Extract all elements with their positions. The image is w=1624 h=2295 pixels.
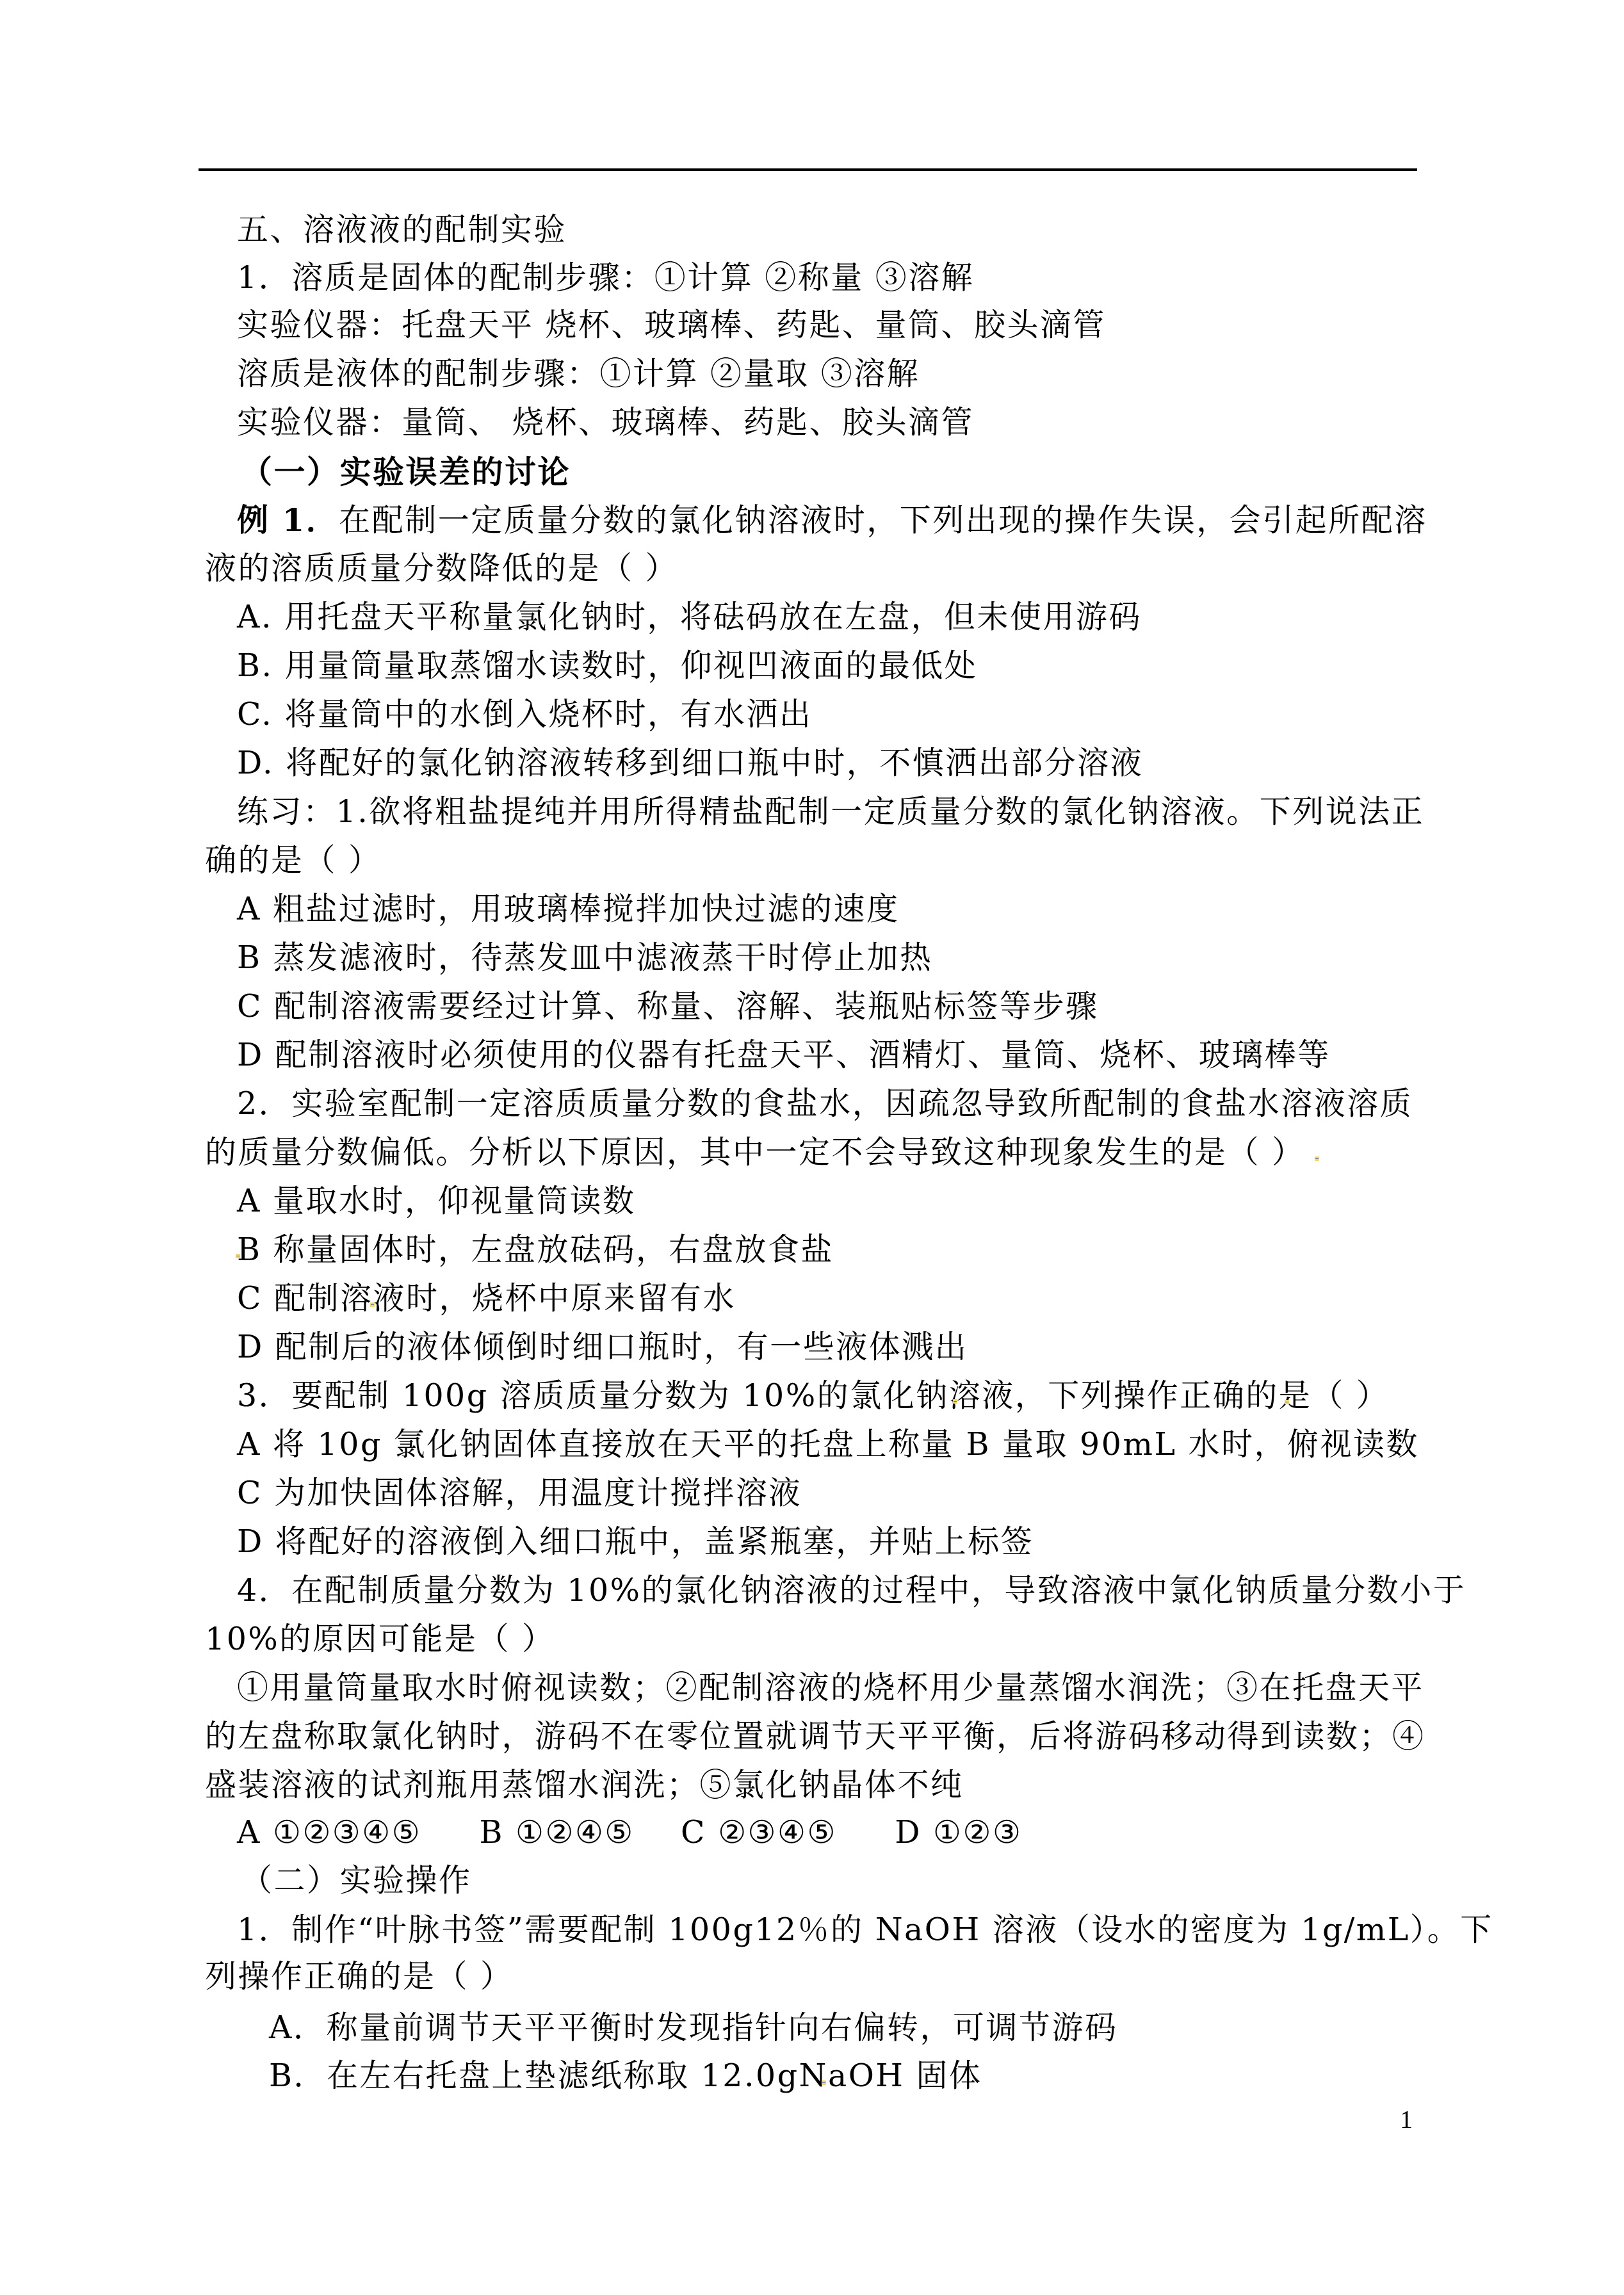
part2-q1-option-b: B．在左右托盘上垫滤纸称取 12.0gNaOH 固体 xyxy=(269,2052,982,2100)
liquid-steps: 溶质是液体的配制步骤：①计算 ②量取 ③溶解 xyxy=(237,350,920,398)
part2-q1-stem: 1．制作“叶脉书签”需要配制 100g12％的 NaOH 溶液（设水的密度为 1… xyxy=(237,1906,1493,1954)
header-rule xyxy=(199,168,1417,171)
practice1-option-d: D 配制溶液时必须使用的仪器有托盘天平、酒精灯、量筒、烧杯、玻璃棒等 xyxy=(237,1031,1331,1080)
annotation-marker-icon xyxy=(1315,1156,1319,1161)
part1-heading: （一）实验误差的讨论 xyxy=(241,448,571,496)
practice1-stem-cont: 确的是（ ） xyxy=(205,836,382,885)
liquid-instruments: 实验仪器：量筒、 烧杯、玻璃棒、药匙、胶头滴管 xyxy=(237,398,974,447)
practice4-choices: A ①②③④⑤ B ①②④⑤ C ②③④⑤ D ①②③ xyxy=(237,1808,1022,1857)
annotation-marker-icon xyxy=(1285,1400,1289,1404)
annotation-marker-icon xyxy=(953,1399,957,1404)
practice2-option-c: C 配制溶液时，烧杯中原来留有水 xyxy=(237,1274,736,1323)
practice3-option-c: C 为加快固体溶解，用温度计搅拌溶液 xyxy=(237,1469,802,1518)
practice1-option-a: A 粗盐过滤时，用玻璃棒搅拌加快过滤的速度 xyxy=(237,885,899,934)
practice4-stem-cont: 10%的原因可能是（ ） xyxy=(205,1615,555,1664)
example1-option-a: A. 用托盘天平称量氯化钠时，将砝码放在左盘，但未使用游码 xyxy=(237,593,1142,642)
example1-stem-cont: 液的溶质质量分数降低的是（ ） xyxy=(205,544,678,593)
section-title: 五、溶液液的配制实验 xyxy=(237,206,567,254)
example1-stem-text: 在配制一定质量分数的氯化钠溶液时，下列出现的操作失误，会引起所配溶 xyxy=(339,502,1427,539)
part2-q1-stem-cont: 列操作正确的是（ ） xyxy=(205,1952,514,2001)
practice4-items-1: ①用量筒量取水时俯视读数；②配制溶液的烧杯用少量蒸馏水润洗；③在托盘天平 xyxy=(237,1664,1424,1712)
practice1-option-b: B 蒸发滤液时，待蒸发皿中滤液蒸干时停止加热 xyxy=(237,934,933,982)
page-number: 1 xyxy=(1400,2107,1413,2132)
practice4-items-3: 盛装溶液的试剂瓶用蒸馏水润洗；⑤氯化钠晶体不纯 xyxy=(205,1761,964,1810)
practice2-stem-cont: 的质量分数偏低。分析以下原因，其中一定不会导致这种现象发生的是（ ） xyxy=(205,1128,1305,1177)
practice2-option-d: D 配制后的液体倾倒时细口瓶时，有一些液体溅出 xyxy=(237,1323,968,1372)
practice1-stem: 练习：1.欲将粗盐提纯并用所得精盐配制一定质量分数的氯化钠溶液。下列说法正 xyxy=(237,788,1424,836)
practice3-stem: 3．要配制 100g 溶质质量分数为 10%的氯化钠溶液，下列操作正确的是（ ） xyxy=(237,1372,1389,1420)
practice4-stem: 4．在配制质量分数为 10%的氯化钠溶液的过程中，导致溶液中氯化钠质量分数小于 xyxy=(237,1566,1466,1615)
practice1-option-c: C 配制溶液需要经过计算、称量、溶解、装瓶贴标签等步骤 xyxy=(237,982,1099,1031)
part2-q1-option-a: A．称量前调节天平平衡时发现指针向右偏转，可调节游码 xyxy=(269,2004,1117,2052)
practice2-stem: 2．实验室配制一定溶质质量分数的食盐水，因疏忽导致所配制的食盐水溶液溶质 xyxy=(237,1080,1413,1128)
practice3-option-ab: A 将 10g 氯化钠固体直接放在天平的托盘上称量 B 量取 90mL 水时，俯… xyxy=(237,1420,1419,1469)
practice3-option-d: D 将配好的溶液倒入细口瓶中，盖紧瓶塞，并贴上标签 xyxy=(237,1518,1034,1566)
example1-stem: 例 1．在配制一定质量分数的氯化钠溶液时，下列出现的操作失误，会引起所配溶 xyxy=(237,496,1427,544)
example1-option-c: C. 将量筒中的水倒入烧杯时，有水洒出 xyxy=(237,690,812,739)
annotation-marker-icon xyxy=(236,1254,240,1258)
practice2-option-b: B 称量固体时，左盘放砝码，右盘放食盐 xyxy=(237,1226,834,1274)
example1-label: 例 1． xyxy=(237,501,339,539)
practice4-items-2: 的左盘称取氯化钠时，游码不在零位置就调节天平平衡，后将游码移动得到读数；④ xyxy=(205,1712,1425,1761)
part2-heading: （二）实验操作 xyxy=(241,1856,472,1905)
example1-option-d: D. 将配好的氯化钠溶液转移到细口瓶中时，不慎洒出部分溶液 xyxy=(237,739,1143,788)
solid-instruments: 实验仪器：托盘天平 烧杯、玻璃棒、药匙、量筒、胶头滴管 xyxy=(237,301,1106,350)
practice2-option-a: A 量取水时，仰视量筒读数 xyxy=(237,1177,635,1226)
annotation-marker-icon xyxy=(822,2080,826,2085)
solid-steps: 1．溶质是固体的配制步骤：①计算 ②称量 ③溶解 xyxy=(237,254,974,302)
example1-option-b: B. 用量筒量取蒸馏水读数时，仰视凹液面的最低处 xyxy=(237,642,977,690)
annotation-marker-icon xyxy=(370,1302,375,1307)
